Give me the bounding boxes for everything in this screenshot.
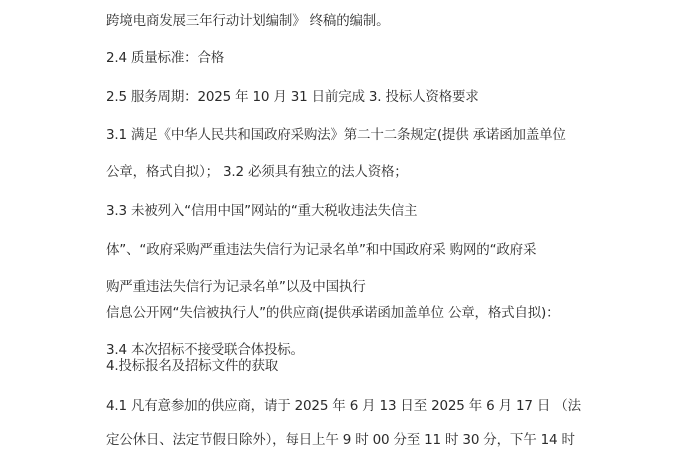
text-line-3-3-cont-1: 体”、“政府采购严重违法失信行为记录名单”和中国政府采 购网的“政府采 [106, 241, 536, 259]
text-line-3-3: 3.3 未被列入“信用中国”网站的“重大税收违法失信主 [106, 202, 417, 220]
text-line-service-period: 2.5 服务周期：2025 年 10 月 31 日前完成 3. 投标人资格要求 [106, 88, 479, 106]
text-line-1: 跨境电商发展三年行动计划编制》 终稿的编制。 [106, 12, 389, 30]
section-heading-4: 4.投标报名及招标文件的获取 [106, 357, 278, 375]
text-line-3-1: 3.1 满足《中华人民共和国政府采购法》第二十二条规定(提供 承诺函加盖单位 [106, 126, 566, 144]
text-line-3-3-cont-2: 购严重违法失信行为记录名单”以及中国执行 [106, 278, 366, 296]
text-line-3-2: 公章，格式自拟）； 3.2 必须具有独立的法人资格； [106, 163, 408, 181]
text-line-quality-standard: 2.4 质量标准：合格 [106, 49, 224, 67]
text-line-4-1: 4.1 凡有意参加的供应商，请于 2025 年 6 月 13 日至 2025 年… [106, 397, 581, 415]
text-line-3-3-cont-3: 信息公开网“失信被执行人”的供应商(提供承诺函加盖单位 公章，格式自拟)： [106, 304, 559, 322]
text-line-4-1-cont: 定公休日、法定节假日除外），每日上午 9 时 00 分至 11 时 30 分，下… [106, 431, 575, 449]
document-page: 跨境电商发展三年行动计划编制》 终稿的编制。 2.4 质量标准：合格 2.5 服… [0, 0, 700, 470]
